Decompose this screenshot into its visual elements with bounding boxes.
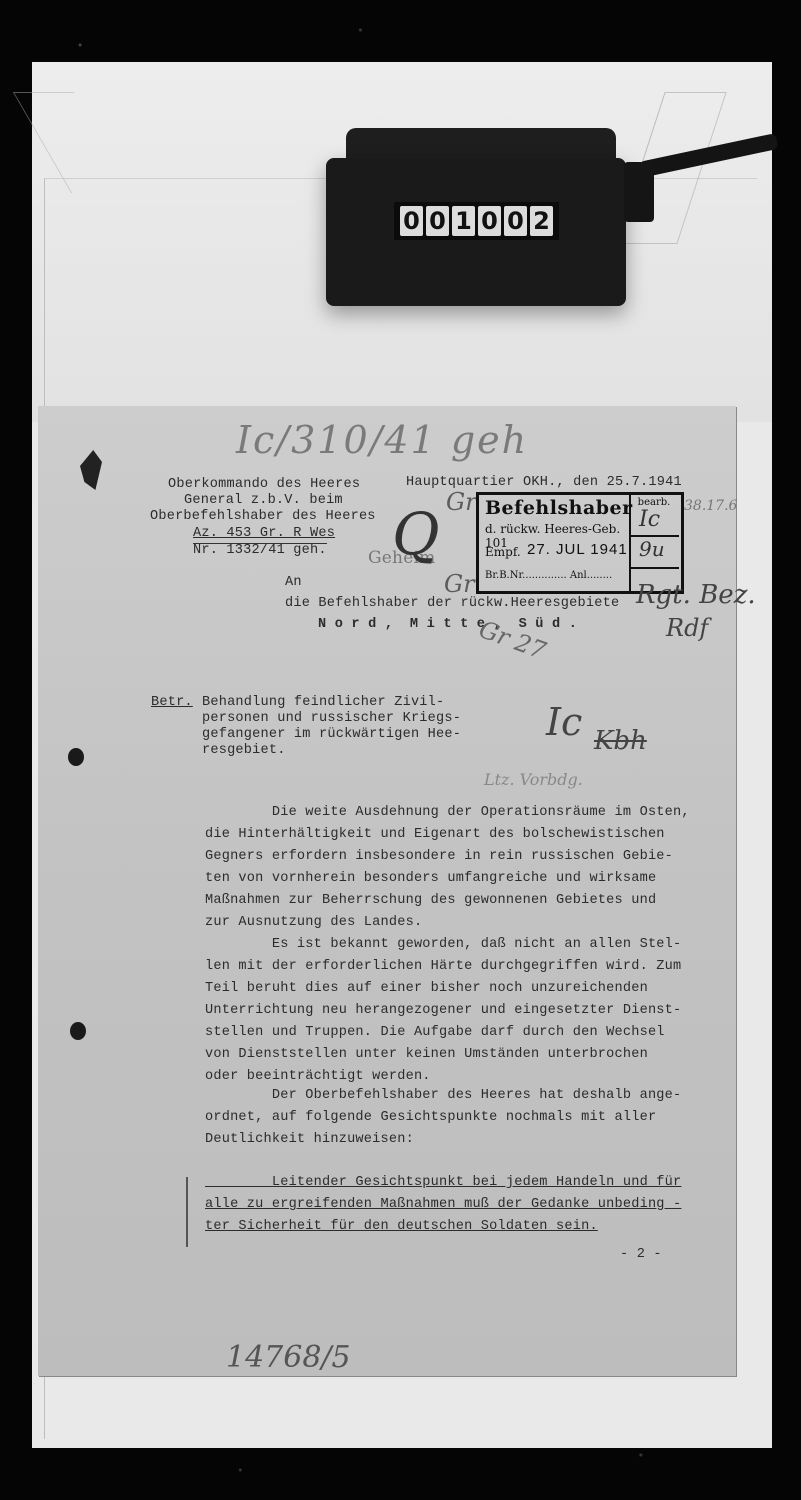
handwritten-signature: Q (392, 500, 440, 568)
counter-digit: 0 (400, 206, 423, 236)
body-line: zur Ausnutzung des Landes. (205, 916, 422, 930)
counter-digit: 0 (478, 206, 501, 236)
subject-line: personen und russischer Kriegs- (202, 712, 461, 726)
reference-az: Az. 453 Gr. R Wes (193, 527, 335, 541)
body-line: Unterrichtung neu herangezogener und ein… (205, 1004, 681, 1018)
stamp-main: Befehlshaber d. rückw. Heeres-Geb. 101 E… (479, 495, 631, 591)
page-marker: - 2 - (620, 1248, 662, 1262)
counter-digit: 0 (504, 206, 527, 236)
frame-counter-device: 0 0 1 0 0 2 (326, 128, 648, 306)
counter-digit: 0 (426, 206, 449, 236)
received-stamp: Befehlshaber d. rückw. Heeres-Geb. 101 E… (476, 492, 684, 594)
body-line: oder beeinträchtigt werden. (205, 1070, 431, 1084)
counter-body: 0 0 1 0 0 2 (326, 158, 626, 306)
margin-marking (186, 1177, 188, 1247)
handwritten-initial: Gr (444, 570, 475, 598)
counter-digits: 0 0 1 0 0 2 (394, 202, 559, 240)
stamp-title: Befehlshaber (485, 497, 633, 519)
handwritten-file-reference: Ic/310/41 geh (236, 418, 528, 462)
body-line-underlined: Leitender Gesichtspunkt bei jedem Handel… (205, 1176, 681, 1190)
handwritten-annotation: Rgt. Bez. (636, 580, 756, 610)
addressee-prefix: An (285, 576, 302, 590)
punch-hole (68, 748, 84, 766)
body-line: Die weite Ausdehnung der Operationsräume… (205, 806, 690, 820)
stamp-footer: Br.B.Nr.............. Anl........ (485, 570, 612, 581)
handwritten-archive-number: 14768/5 (226, 1340, 351, 1375)
body-line-underlined: ter Sicherheit für den deutschen Soldate… (205, 1220, 598, 1234)
body-line: Teil beruht dies auf einer bisher noch u… (205, 982, 648, 996)
body-line: ordnet, auf folgende Gesichtspunkte noch… (205, 1111, 656, 1125)
subject-line: resgebiet. (202, 744, 286, 758)
subject-label: Betr. (151, 696, 193, 710)
stamp-side-value: 9u (639, 537, 665, 561)
body-line: stellen und Truppen. Die Aufgabe darf du… (205, 1026, 665, 1040)
sender-line: Oberkommando des Heeres (168, 478, 360, 492)
addressee-regions: N o r d , M i t t e , S ü d . (318, 618, 577, 632)
stamp-received-label: Empf. (485, 545, 521, 559)
body-line: Deutlichkeit hinzuweisen: (205, 1133, 414, 1147)
body-line: Der Oberbefehlshaber des Heeres hat desh… (205, 1089, 681, 1103)
counter-digit: 1 (452, 206, 475, 236)
body-line-underlined: alle zu ergreifenden Maßnahmen muß der G… (205, 1198, 681, 1212)
counter-knob (624, 162, 654, 222)
body-line: Es ist bekannt geworden, daß nicht an al… (205, 938, 681, 952)
reference-nr: Nr. 1332/41 geh. (193, 543, 327, 558)
addressee-line: die Befehlshaber der rückw.Heeresgebiete (285, 597, 619, 611)
body-line: len mit der erforderlichen Härte durchge… (205, 960, 681, 974)
counter-digit: 2 (530, 206, 553, 236)
body-line: von Dienststellen unter keinen Umständen… (205, 1048, 648, 1062)
stamp-side-value: Ic (639, 507, 660, 532)
body-line: die Hinterhältigkeit und Eigenart des bo… (205, 828, 665, 842)
stamp-received-date: 27. JUL 1941 (527, 541, 628, 558)
punch-hole (70, 1022, 86, 1040)
handwritten-initial: Gr (446, 488, 477, 516)
sender-line: General z.b.V. beim (184, 494, 343, 508)
handwritten-annotation: Kbh (594, 726, 647, 756)
handwritten-annotation: Rdf (666, 614, 708, 642)
body-line: ten von vornherein besonders umfangreich… (205, 872, 656, 886)
body-line: Gegners erfordern insbesondere in rein r… (205, 850, 673, 864)
subject-line: gefangener im rückwärtigen Hee- (202, 728, 461, 742)
handwritten-annotation: Ic (546, 700, 582, 744)
sender-line: Oberbefehlshaber des Heeres (150, 510, 376, 524)
handwritten-annotation: 38.17.6 (684, 498, 737, 514)
subject-line: Behandlung feindlicher Zivil- (202, 696, 444, 710)
body-line: Maßnahmen zur Beherrschung des gewonnene… (205, 894, 656, 908)
handwritten-annotation: Ltz. Vorbdg. (484, 770, 583, 789)
